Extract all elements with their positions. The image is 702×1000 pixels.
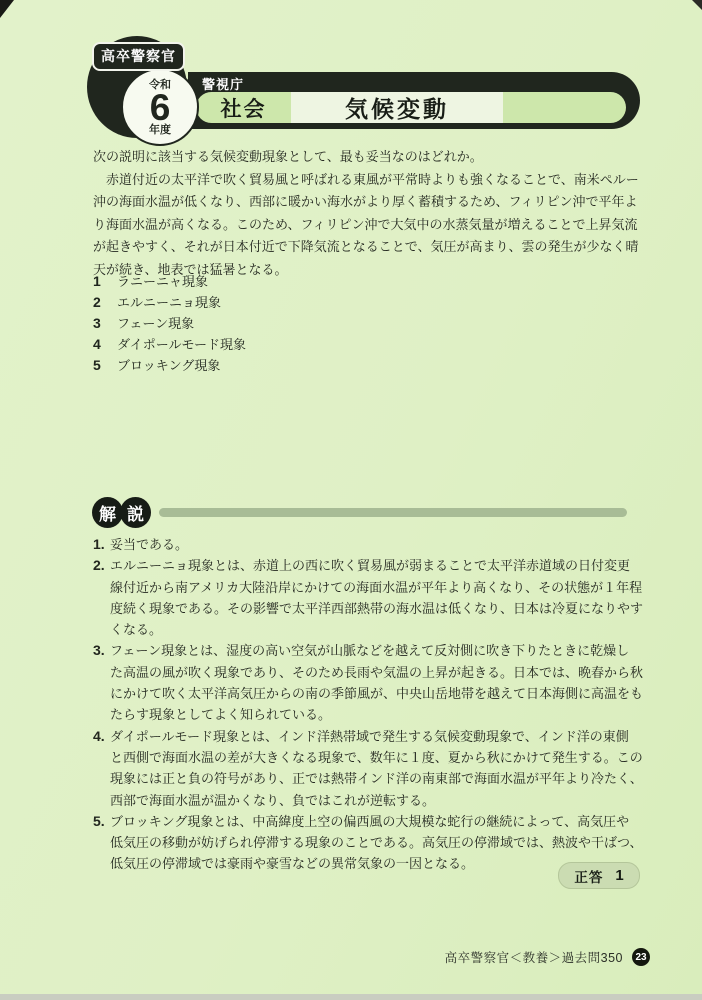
correct-answer-value: 1 <box>615 867 623 884</box>
explanation-text: 妥当である。 <box>110 534 638 555</box>
option-number: 2 <box>93 292 117 313</box>
option-row: 1 ラニーニャ現象 <box>93 271 246 292</box>
year-number: 6 <box>150 91 171 124</box>
book-title: 高卒警察官＜教養＞過去問350 <box>445 948 623 966</box>
option-label: ラニーニャ現象 <box>117 271 208 292</box>
explanation-number: 3. <box>93 640 105 661</box>
option-row: 2 エルニーニョ現象 <box>93 292 246 313</box>
option-row: 3 フェーン現象 <box>93 313 246 334</box>
explanation-item: 3. フェーン現象とは、湿度の高い空気が山脈などを越えて反対側に吹き下りたときに… <box>93 640 638 725</box>
page-footer: 高卒警察官＜教養＞過去問350 23 <box>445 948 650 966</box>
explanation-header-char: 説 <box>120 497 151 528</box>
scan-artifact-corner <box>692 0 702 10</box>
option-number: 3 <box>93 313 117 334</box>
explanation-number: 2. <box>93 555 105 576</box>
explanation-number: 1. <box>93 534 105 555</box>
scan-artifact-edge <box>0 994 702 1000</box>
explanation-item: 4. ダイポールモード現象とは、インド洋熱帯域で発生する気候変動現象で、インド洋… <box>93 726 638 811</box>
option-row: 4 ダイポールモード現象 <box>93 334 246 355</box>
explanation-item: 5. ブロッキング現象とは、中高緯度上空の偏西風の大規模な蛇行の継続によって、高… <box>93 811 638 875</box>
explanation-number: 5. <box>93 811 105 832</box>
explanation-text: ブロッキング現象とは、中高緯度上空の偏西風の大規模な蛇行の継続によって、高気圧や… <box>110 811 638 875</box>
page-number-badge: 23 <box>632 948 650 966</box>
option-label: フェーン現象 <box>117 313 194 334</box>
explanation-number: 4. <box>93 726 105 747</box>
explanation-item: 1. 妥当である。 <box>93 534 638 555</box>
option-number: 4 <box>93 334 117 355</box>
exam-category-badge: 高卒警察官 <box>92 42 185 71</box>
scanned-book-page: 警視庁 社会 気候変動 令和 6 年度 高卒警察官 次の説明に該当する気候変動現… <box>0 0 702 1000</box>
option-label: ブロッキング現象 <box>117 355 220 376</box>
option-label: ダイポールモード現象 <box>117 334 246 355</box>
explanation-header: 解 説 <box>92 497 627 528</box>
option-row: 5 ブロッキング現象 <box>93 355 246 376</box>
title-bar: 警視庁 社会 気候変動 <box>188 72 640 129</box>
explanation-item: 2. エルニーニョ現象とは、赤道上の西に吹く貿易風が弱まることで太平洋赤道域の日… <box>93 555 638 640</box>
year-badge: 令和 6 年度 <box>121 68 199 146</box>
explanation-text: ダイポールモード現象とは、インド洋熱帯域で発生する気候変動現象で、インド洋の東側… <box>110 726 638 811</box>
explanation-header-rule <box>159 508 627 517</box>
options-list: 1 ラニーニャ現象 2 エルニーニョ現象 3 フェーン現象 4 ダイポールモード… <box>93 271 246 376</box>
option-number: 1 <box>93 271 117 292</box>
page-title: 気候変動 <box>291 92 503 123</box>
title-pill: 社会 気候変動 <box>196 92 626 123</box>
scan-artifact-corner <box>0 0 14 18</box>
explanation-header-char: 解 <box>92 497 123 528</box>
agency-label: 警視庁 <box>202 74 244 93</box>
subject-label: 社会 <box>196 92 291 123</box>
correct-answer-label: 正答 <box>574 866 603 886</box>
explanation-list: 1. 妥当である。 2. エルニーニョ現象とは、赤道上の西に吹く貿易風が弱まるこ… <box>93 534 638 875</box>
explanation-text: フェーン現象とは、湿度の高い空気が山脈などを越えて反対側に吹き下りたときに乾燥し… <box>110 640 638 725</box>
year-suffix-label: 年度 <box>149 124 171 136</box>
question-text: 次の説明に該当する気候変動現象として、最も妥当なのはどれか。 赤道付近の太平洋で… <box>93 146 633 281</box>
option-label: エルニーニョ現象 <box>117 292 221 313</box>
explanation-text: エルニーニョ現象とは、赤道上の西に吹く貿易風が弱まることで太平洋赤道域の日付変更… <box>110 555 638 640</box>
correct-answer-badge: 正答 1 <box>558 862 640 889</box>
option-number: 5 <box>93 355 117 376</box>
